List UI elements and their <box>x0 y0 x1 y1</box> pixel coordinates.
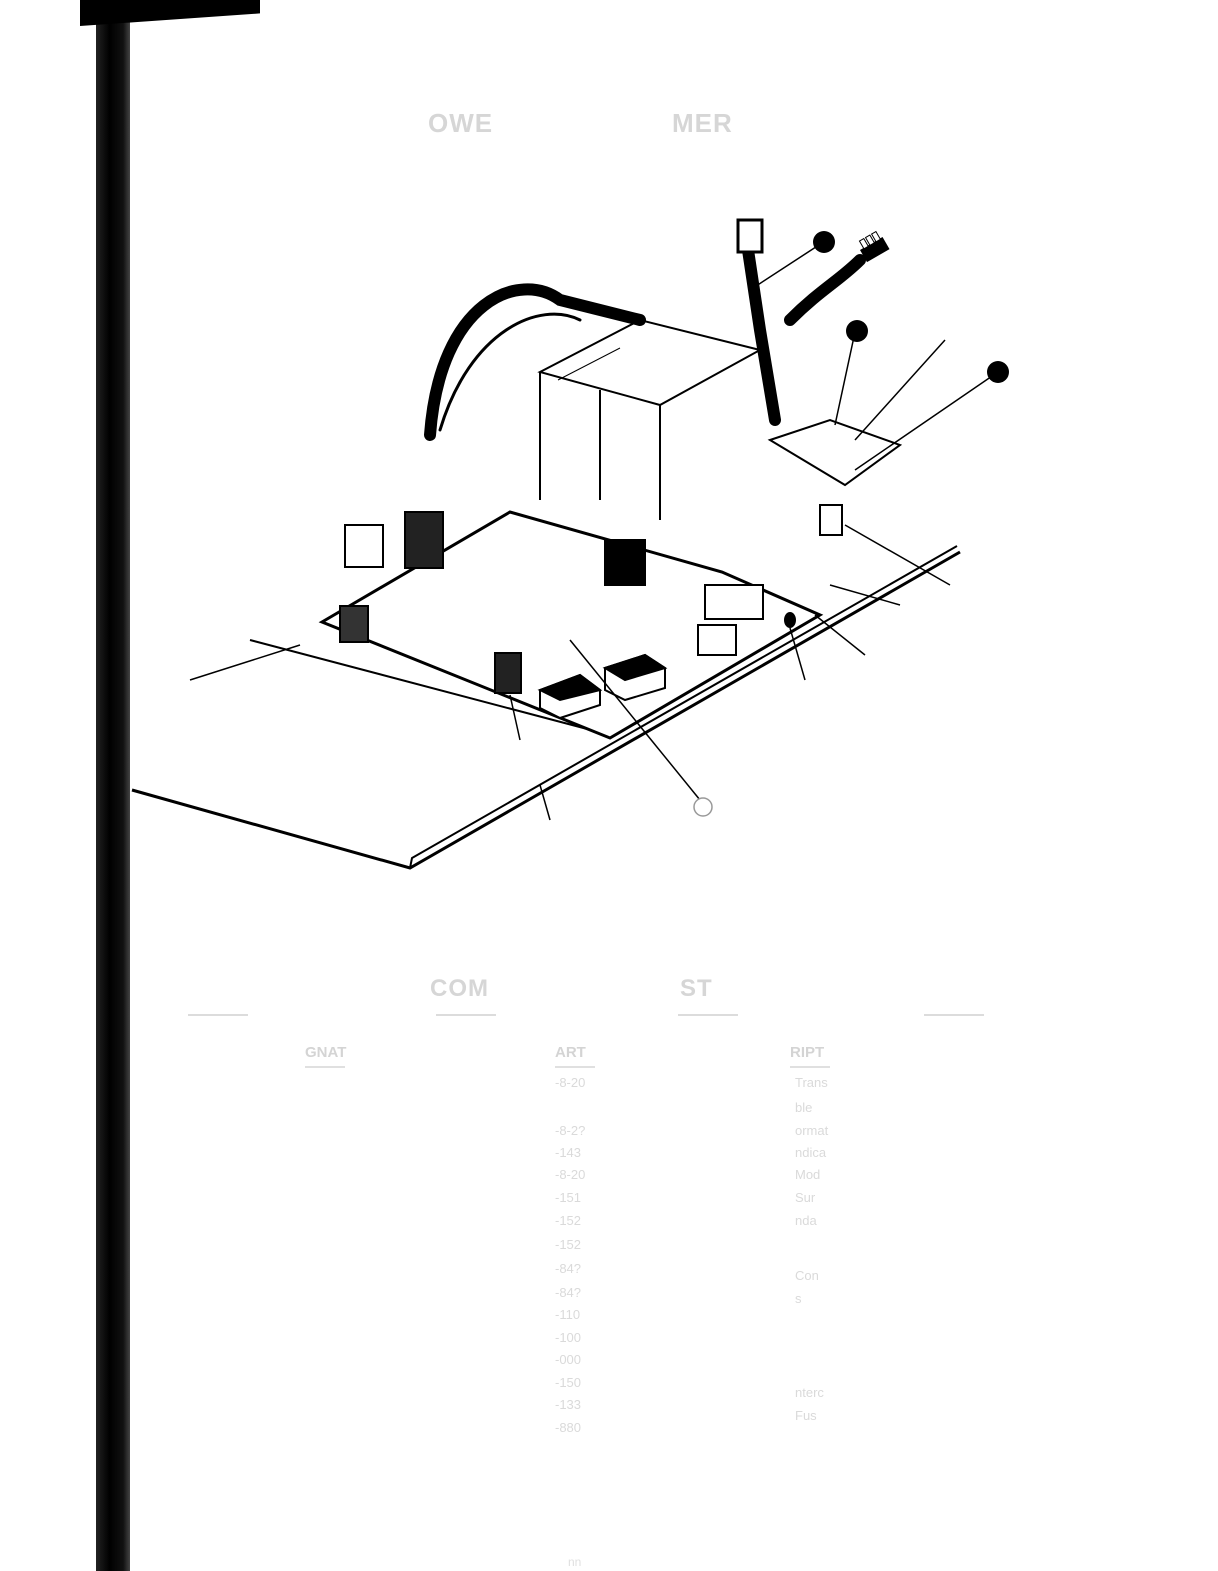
transformer <box>540 320 760 520</box>
heading-rule <box>436 1014 496 1016</box>
component-list-heading-fragment-2: ST <box>680 975 713 1003</box>
part-number-cell: -133 <box>555 1397 581 1412</box>
description-cell: ble <box>795 1100 812 1115</box>
description-cell: Mod <box>795 1167 820 1182</box>
description-cell: ormat <box>795 1123 828 1138</box>
part-number-cell: -152 <box>555 1213 581 1228</box>
description-cell: s <box>795 1291 802 1306</box>
column-rule <box>305 1066 345 1068</box>
description-cell: nterc <box>795 1385 824 1400</box>
part-number-cell: -143 <box>555 1145 581 1160</box>
heading-rule <box>678 1014 738 1016</box>
part-number-cell: -150 <box>555 1375 581 1390</box>
callout-bubble-3 <box>987 361 1009 383</box>
part-number-cell: -152 <box>555 1237 581 1252</box>
part-number-cell: -880 <box>555 1420 581 1435</box>
callout-bubble-2 <box>846 320 868 342</box>
column-header-designation: GNAT <box>305 1044 346 1061</box>
part-number-cell: -000 <box>555 1352 581 1367</box>
part-number-cell: -84? <box>555 1285 581 1300</box>
description-cell: Fus <box>795 1408 817 1423</box>
column-rule <box>555 1066 595 1068</box>
heading-rule <box>188 1014 248 1016</box>
column-header-description: RIPT <box>790 1044 824 1061</box>
column-rule <box>790 1066 830 1068</box>
part-number-cell: -151 <box>555 1190 581 1205</box>
part-number-cell: -84? <box>555 1261 581 1276</box>
exploded-assembly-diagram <box>0 0 1218 1000</box>
part-number-cell: -8-20 <box>555 1167 585 1182</box>
description-cell: Con <box>795 1268 819 1283</box>
leader-lines <box>190 243 998 820</box>
column-header-part-number: ART <box>555 1044 586 1061</box>
connector-plug-rect <box>738 220 762 252</box>
description-cell: ndica <box>795 1145 826 1160</box>
heading-rule <box>924 1014 984 1016</box>
part-number-cell: -100 <box>555 1330 581 1345</box>
page-number: nn <box>568 1555 581 1569</box>
description-cell: Sur <box>795 1190 815 1205</box>
part-number-cell: -8-20 <box>555 1075 585 1090</box>
part-number-cell: -110 <box>555 1307 580 1322</box>
component-list-heading-fragment-1: COM <box>430 975 489 1003</box>
description-cell: nda <box>795 1213 817 1228</box>
callout-bubble-1 <box>813 231 835 253</box>
callout-bubble-hollow <box>694 798 712 816</box>
description-cell: Trans <box>795 1075 828 1090</box>
part-number-cell: -8-2? <box>555 1123 585 1138</box>
